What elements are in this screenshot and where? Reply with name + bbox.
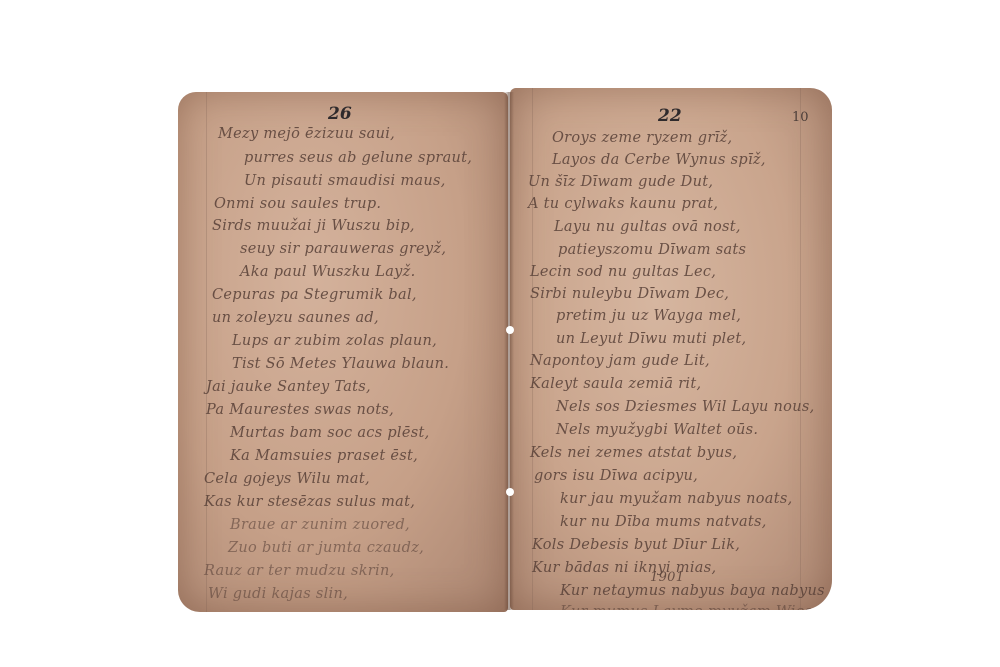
text-line: seuy sir parauweras greyž, — [240, 241, 446, 257]
text-line: Rauz ar ter mudzu skrin, — [204, 563, 395, 579]
text-line: Jai jauke Santey Tats, — [206, 379, 371, 395]
text-line: Layos da Cerbe Wynus spīž, — [552, 152, 766, 168]
manuscript-photo: 26 Mezy mejō ēzizuu saui, purres seus ab… — [0, 0, 1000, 667]
text-line: Layu nu gultas ovā nost, — [554, 219, 741, 235]
text-line: Mezy mejō ēzizuu saui, — [218, 126, 395, 142]
margin-rule — [532, 88, 533, 610]
left-page: 26 Mezy mejō ēzizuu saui, purres seus ab… — [178, 92, 508, 612]
text-line: Pa Maurestes swas nots, — [206, 402, 394, 418]
text-line: purres seus ab gelune spraut, — [244, 150, 472, 166]
text-line: Sirbi nuleybu Dīwam Dec, — [530, 286, 729, 302]
text-line: patieyszomu Dīwam sats — [558, 242, 746, 258]
text-line: Tist Sō Metes Ylauwa blaun. — [232, 356, 449, 372]
text-line: Kels nei zemes atstat byus, — [530, 445, 737, 461]
text-line: Sirds muužai ji Wuszu bip, — [212, 218, 415, 234]
text-line: Lups ar zubim zolas plaun, — [232, 333, 437, 349]
text-line: Un pisauti smaudisi maus, — [244, 173, 446, 189]
text-line: Onmi sou saules trup. — [214, 196, 381, 212]
text-line: Wi gudi kajas slin, — [208, 586, 348, 602]
text-line: Kols Debesis byut Dīur Lik, — [532, 537, 740, 553]
right-page: 22 10 Oroys zeme ryzem grīž, Layos da Ce… — [510, 88, 832, 610]
margin-rule — [206, 92, 207, 612]
text-line: Murtas bam soc acs plēst, — [230, 425, 430, 441]
text-line: kur nu Dība mums natvats, — [560, 514, 767, 530]
text-line: A tu cylwaks kaunu prat, — [528, 196, 718, 212]
text-line: un Leyut Dīwu muti plet, — [556, 331, 746, 347]
text-line: Kur mumus Layme myužam Wies — [560, 604, 812, 610]
text-line: Aka paul Wuszku Layž. — [240, 264, 416, 280]
text-line: Zuo buti ar jumta czaudz, — [228, 540, 424, 556]
text-line: Napontoy jam gude Lit, — [530, 353, 710, 369]
text-line: Braue ar zunim zuored, — [230, 517, 410, 533]
right-page-number: 22 — [658, 106, 682, 126]
text-line: Oroys zeme ryzem grīž, — [552, 130, 732, 146]
text-line: Kaleyt saula zemiā rit, — [530, 376, 701, 392]
text-line: kur jau myužam nabyus noats, — [560, 491, 793, 507]
year-note: 1901 — [650, 570, 684, 585]
text-line: pretim ju uz Wayga mel, — [556, 308, 741, 324]
text-line: Cepuras pa Stegrumik bal, — [212, 287, 417, 303]
text-line: Lecin sod nu gultas Lec, — [530, 264, 716, 280]
text-line: un zoleyzu saunes ad, — [212, 310, 379, 326]
text-line: gors isu Dīwa acipyu, — [534, 468, 698, 484]
book-gutter — [504, 92, 514, 610]
corner-folio-mark: 10 — [792, 110, 809, 125]
binding-hole — [506, 488, 514, 496]
text-line-with-strikethrough: Kur netaymus nabyus baya nabyus — [560, 583, 825, 599]
text-line: Kur bādas ni iknyi mias, — [532, 560, 716, 576]
text-line: Un šīz Dīwam gude Dut, — [528, 174, 713, 190]
left-page-number: 26 — [328, 104, 352, 124]
margin-rule — [800, 88, 801, 610]
binding-hole — [506, 326, 514, 334]
text-line: Nels myužygbi Waltet oūs. — [556, 422, 758, 438]
text-line: Nels sos Dziesmes Wil Layu nous, — [556, 399, 815, 415]
text-line: Cela gojeys Wilu mat, — [204, 471, 370, 487]
text-line: Ka Mamsuies praset ēst, — [230, 448, 418, 464]
text-line: Kas kur stesēzas sulus mat, — [204, 494, 415, 510]
